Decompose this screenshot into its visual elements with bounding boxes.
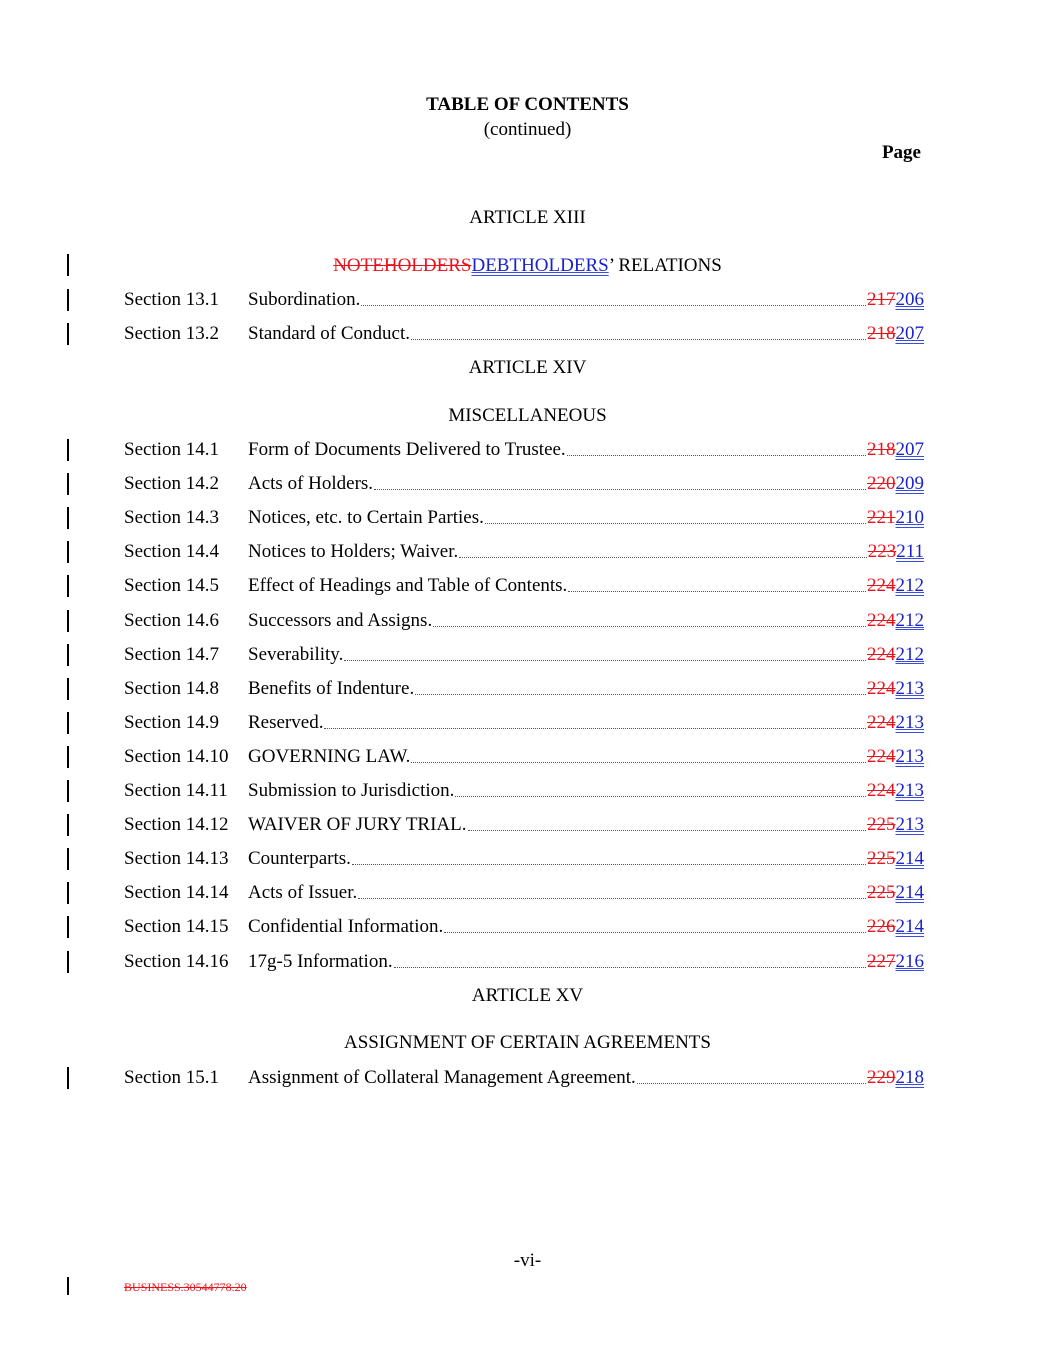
toc-entry[interactable]: Section 14.4Notices to Holders; Waiver.2… xyxy=(124,541,924,565)
page-reference[interactable]: 224213 xyxy=(867,746,924,768)
deleted-page-number: 217 xyxy=(867,289,896,310)
section-title[interactable]: Reserved. xyxy=(248,712,323,734)
dot-leader xyxy=(361,304,866,306)
dot-leader xyxy=(411,338,866,340)
page-reference[interactable]: 227216 xyxy=(867,951,924,973)
inserted-page-number[interactable]: 206 xyxy=(896,289,925,310)
deleted-page-number: 218 xyxy=(867,439,896,460)
deleted-page-number: 224 xyxy=(867,644,896,665)
change-bar xyxy=(67,746,69,768)
section-title[interactable]: Effect of Headings and Table of Contents… xyxy=(248,575,567,597)
toc-entry[interactable]: Section 14.7Severability.224212 xyxy=(124,644,924,668)
toc-entry[interactable]: Section 13.2Standard of Conduct.218207 xyxy=(124,323,924,347)
toc-entry[interactable]: Section 14.15Confidential Information.22… xyxy=(124,916,924,940)
change-bar xyxy=(67,541,69,563)
page-reference[interactable]: 226214 xyxy=(867,916,924,938)
section-number: Section 14.6 xyxy=(124,610,248,632)
section-title[interactable]: Form of Documents Delivered to Trustee. xyxy=(248,439,566,461)
inserted-page-number[interactable]: 211 xyxy=(896,541,924,562)
page-reference[interactable]: 225214 xyxy=(867,882,924,904)
change-bar xyxy=(67,289,69,311)
section-number: Section 14.16 xyxy=(124,951,248,973)
dot-leader xyxy=(344,659,866,661)
deleted-page-number: 224 xyxy=(867,575,896,596)
toc-entry[interactable]: Section 14.1617g-5 Information.227216 xyxy=(124,951,924,975)
dot-leader xyxy=(415,693,866,695)
section-title[interactable]: Submission to Jurisdiction. xyxy=(248,780,454,802)
toc-title: TABLE OF CONTENTS xyxy=(0,94,1055,116)
deleted-page-number: 225 xyxy=(867,848,896,869)
page-reference[interactable]: 224212 xyxy=(867,575,924,597)
inserted-page-number[interactable]: 207 xyxy=(896,323,925,344)
section-title[interactable]: Acts of Holders. xyxy=(248,473,373,495)
deleted-page-number: 224 xyxy=(867,712,896,733)
dot-leader xyxy=(394,966,866,968)
section-number: Section 15.1 xyxy=(124,1067,248,1089)
dot-leader xyxy=(374,488,866,490)
page-reference[interactable]: 224213 xyxy=(867,780,924,802)
deleted-page-number: 224 xyxy=(867,746,896,767)
inserted-text: DEBTHOLDERS xyxy=(471,255,608,276)
inserted-page-number[interactable]: 213 xyxy=(896,712,925,733)
section-title[interactable]: Counterparts. xyxy=(248,848,351,870)
change-bar xyxy=(67,610,69,632)
deleted-page-number: 223 xyxy=(868,541,897,562)
page-reference[interactable]: 225214 xyxy=(867,848,924,870)
change-bar xyxy=(67,951,69,973)
inserted-page-number[interactable]: 214 xyxy=(896,916,925,937)
deleted-page-number: 225 xyxy=(867,814,896,835)
section-title[interactable]: WAIVER OF JURY TRIAL. xyxy=(248,814,467,836)
section-title[interactable]: Assignment of Collateral Management Agre… xyxy=(248,1067,636,1089)
page-reference[interactable]: 218207 xyxy=(867,439,924,461)
inserted-page-number[interactable]: 213 xyxy=(896,746,925,767)
deleted-page-number: 224 xyxy=(867,610,896,631)
article-title-rest: ’ RELATIONS xyxy=(609,255,722,276)
article-title-xiii: NOTEHOLDERSDEBTHOLDERS’ RELATIONS xyxy=(0,255,1055,277)
section-title[interactable]: Successors and Assigns. xyxy=(248,610,432,632)
dot-leader xyxy=(352,863,866,865)
change-bar xyxy=(67,780,69,802)
document-page: TABLE OF CONTENTS (continued) Page ARTIC… xyxy=(0,0,1055,1365)
document-id-deleted: BUSINESS.30544778.20 xyxy=(124,1280,247,1294)
change-bar xyxy=(67,916,69,938)
section-number: Section 14.9 xyxy=(124,712,248,734)
dot-leader xyxy=(444,931,866,933)
section-number: Section 14.11 xyxy=(124,780,248,802)
page-reference[interactable]: 224212 xyxy=(867,610,924,632)
inserted-page-number[interactable]: 212 xyxy=(896,644,925,665)
dot-leader xyxy=(358,897,866,899)
inserted-page-number[interactable]: 216 xyxy=(896,951,925,972)
toc-entry[interactable]: Section 14.14Acts of Issuer.225214 xyxy=(124,882,924,906)
inserted-page-number[interactable]: 210 xyxy=(896,507,925,528)
section-number: Section 14.7 xyxy=(124,644,248,666)
change-bar xyxy=(67,507,69,529)
section-title[interactable]: Benefits of Indenture. xyxy=(248,678,414,700)
toc-entry[interactable]: Section 14.12WAIVER OF JURY TRIAL.225213 xyxy=(124,814,924,838)
change-bar xyxy=(67,323,69,345)
toc-entry[interactable]: Section 15.1Assignment of Collateral Man… xyxy=(124,1067,924,1091)
toc-entry[interactable]: Section 14.9Reserved.224213 xyxy=(124,712,924,736)
section-title[interactable]: GOVERNING LAW. xyxy=(248,746,410,768)
dot-leader xyxy=(468,829,866,831)
toc-entry[interactable]: Section 14.6Successors and Assigns.22421… xyxy=(124,610,924,634)
article-heading-xiii: ARTICLE XIII xyxy=(0,207,1055,229)
page-reference[interactable]: 217206 xyxy=(867,289,924,311)
deleted-page-number: 227 xyxy=(867,951,896,972)
change-bar xyxy=(67,882,69,904)
inserted-page-number[interactable]: 212 xyxy=(896,610,925,631)
section-number: Section 14.4 xyxy=(124,541,248,563)
section-number: Section 13.1 xyxy=(124,289,248,311)
section-number: Section 14.15 xyxy=(124,916,248,938)
page-reference[interactable]: 220209 xyxy=(867,473,924,495)
deleted-page-number: 220 xyxy=(867,473,896,494)
toc-entry[interactable]: Section 14.13Counterparts.225214 xyxy=(124,848,924,872)
section-title[interactable]: Standard of Conduct. xyxy=(248,323,410,345)
section-title[interactable]: Acts of Issuer. xyxy=(248,882,357,904)
section-title[interactable]: Notices to Holders; Waiver. xyxy=(248,541,458,563)
deleted-page-number: 225 xyxy=(867,882,896,903)
dot-leader xyxy=(485,522,866,524)
change-bar xyxy=(67,848,69,870)
inserted-page-number[interactable]: 207 xyxy=(896,439,925,460)
dot-leader xyxy=(324,727,866,729)
section-number: Section 14.5 xyxy=(124,575,248,597)
deleted-page-number: 224 xyxy=(867,780,896,801)
page-reference[interactable]: 225213 xyxy=(867,814,924,836)
section-title[interactable]: Confidential Information. xyxy=(248,916,443,938)
page-number: -vi- xyxy=(0,1250,1055,1272)
section-number: Section 14.14 xyxy=(124,882,248,904)
change-bar xyxy=(67,644,69,666)
page-reference[interactable]: 229218 xyxy=(867,1067,924,1089)
toc-entry[interactable]: Section 14.3Notices, etc. to Certain Par… xyxy=(124,507,924,531)
deleted-page-number: 229 xyxy=(867,1067,896,1088)
deleted-page-number: 226 xyxy=(867,916,896,937)
page-reference[interactable]: 223211 xyxy=(868,541,924,563)
toc-entry[interactable]: Section 13.1Subordination.217206 xyxy=(124,289,924,313)
section-title[interactable]: Notices, etc. to Certain Parties. xyxy=(248,507,484,529)
dot-leader xyxy=(411,761,866,763)
dot-leader xyxy=(568,590,866,592)
deleted-page-number: 224 xyxy=(867,678,896,699)
article-title-xv: ASSIGNMENT OF CERTAIN AGREEMENTS xyxy=(0,1032,1055,1054)
section-number: Section 14.13 xyxy=(124,848,248,870)
section-number: Section 14.3 xyxy=(124,507,248,529)
toc-entry[interactable]: Section 14.8Benefits of Indenture.224213 xyxy=(124,678,924,702)
change-bar xyxy=(67,712,69,734)
dot-leader xyxy=(567,454,866,456)
page-reference[interactable]: 224213 xyxy=(867,678,924,700)
section-title[interactable]: Subordination. xyxy=(248,289,360,311)
inserted-page-number[interactable]: 213 xyxy=(896,678,925,699)
inserted-page-number[interactable]: 209 xyxy=(896,473,925,494)
change-bar xyxy=(67,814,69,836)
section-number: Section 14.1 xyxy=(124,439,248,461)
inserted-page-number[interactable]: 214 xyxy=(896,882,925,903)
deleted-page-number: 221 xyxy=(867,507,896,528)
deleted-text: NOTEHOLDERS xyxy=(333,255,471,276)
toc-entry[interactable]: Section 14.10GOVERNING LAW.224213 xyxy=(124,746,924,770)
page-reference[interactable]: 224213 xyxy=(867,712,924,734)
inserted-page-number[interactable]: 212 xyxy=(896,575,925,596)
section-number: Section 14.10 xyxy=(124,746,248,768)
article-heading-xv: ARTICLE XV xyxy=(0,985,1055,1007)
toc-entry[interactable]: Section 14.1Form of Documents Delivered … xyxy=(124,439,924,463)
article-heading-xiv: ARTICLE XIV xyxy=(0,357,1055,379)
toc-subtitle: (continued) xyxy=(0,119,1055,141)
dot-leader xyxy=(637,1082,866,1084)
section-title[interactable]: Severability. xyxy=(248,644,343,666)
inserted-page-number[interactable]: 218 xyxy=(896,1067,925,1088)
article-title-xiv: MISCELLANEOUS xyxy=(0,405,1055,427)
page-reference[interactable]: 221210 xyxy=(867,507,924,529)
toc-entry[interactable]: Section 14.11Submission to Jurisdiction.… xyxy=(124,780,924,804)
change-bar xyxy=(67,678,69,700)
dot-leader xyxy=(459,556,866,558)
section-title[interactable]: 17g-5 Information. xyxy=(248,951,393,973)
page-reference[interactable]: 218207 xyxy=(867,323,924,345)
page-column-label: Page xyxy=(882,142,921,164)
change-bar xyxy=(67,1067,69,1089)
inserted-page-number[interactable]: 213 xyxy=(896,780,925,801)
change-bar xyxy=(67,1277,69,1295)
dot-leader xyxy=(433,625,866,627)
inserted-page-number[interactable]: 213 xyxy=(896,814,925,835)
toc-entry[interactable]: Section 14.2Acts of Holders.220209 xyxy=(124,473,924,497)
section-number: Section 14.2 xyxy=(124,473,248,495)
inserted-page-number[interactable]: 214 xyxy=(896,848,925,869)
section-number: Section 13.2 xyxy=(124,323,248,345)
section-number: Section 14.8 xyxy=(124,678,248,700)
change-bar xyxy=(67,575,69,597)
section-number: Section 14.12 xyxy=(124,814,248,836)
deleted-page-number: 218 xyxy=(867,323,896,344)
change-bar xyxy=(67,439,69,461)
change-bar xyxy=(67,473,69,495)
dot-leader xyxy=(455,795,866,797)
toc-entry[interactable]: Section 14.5Effect of Headings and Table… xyxy=(124,575,924,599)
page-reference[interactable]: 224212 xyxy=(867,644,924,666)
